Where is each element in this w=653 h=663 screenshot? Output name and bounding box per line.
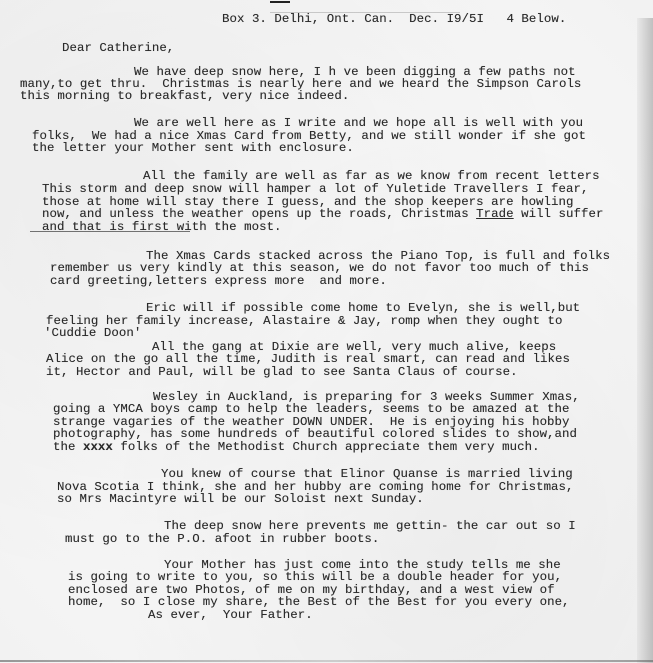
paragraph-7-line-5-end: folks of the Methodist Church appreciate… — [113, 440, 540, 454]
paragraph-1-line-3: this morning to breakfast, very nice ind… — [20, 90, 349, 103]
paragraph-4-line-3: card greeting,letters express more and m… — [50, 275, 387, 288]
paragraph-9-line-2: must go to the P.O. afoot in rubber boot… — [65, 533, 379, 546]
paragraph-2-line-3: the letter your Mother sent with enclosu… — [32, 142, 354, 155]
letter-salutation: Dear Catherine, — [62, 42, 174, 55]
page-top-mark — [270, 1, 290, 3]
letter-page: Box 3. Delhi, Ont. Can. Dec. I9/5I 4 Bel… — [0, 0, 653, 663]
paragraph-3-line-5: and that is first with the most. — [42, 221, 282, 234]
paragraph-6-line-3: it, Hector and Paul, will be glad to see… — [46, 366, 518, 379]
paragraph-7-line-5-start: the — [53, 440, 83, 454]
underlined-word-trade: Trade — [476, 207, 513, 221]
page-right-edge-shadow — [637, 18, 653, 663]
paragraph-10-line-4: home, so I close my share, the Best of t… — [68, 596, 570, 609]
page-fold-line — [0, 660, 653, 662]
letter-header: Box 3. Delhi, Ont. Can. Dec. I9/5I 4 Bel… — [222, 13, 566, 26]
paragraph-7-line-5: the xxxx folks of the Methodist Church a… — [53, 441, 540, 454]
paragraph-3-line-4-text: now, and unless the weather opens up the… — [42, 207, 476, 221]
paragraph-8-line-3: so Mrs Macintyre will be our Soloist nex… — [57, 493, 424, 506]
struck-out-word: xxxx — [83, 440, 113, 454]
paragraph-5-line-3: 'Cuddie Doon' — [44, 327, 141, 340]
letter-closing: As ever, Your Father. — [148, 609, 313, 622]
paragraph-3-line-4-suffix: will suffer — [514, 207, 604, 221]
